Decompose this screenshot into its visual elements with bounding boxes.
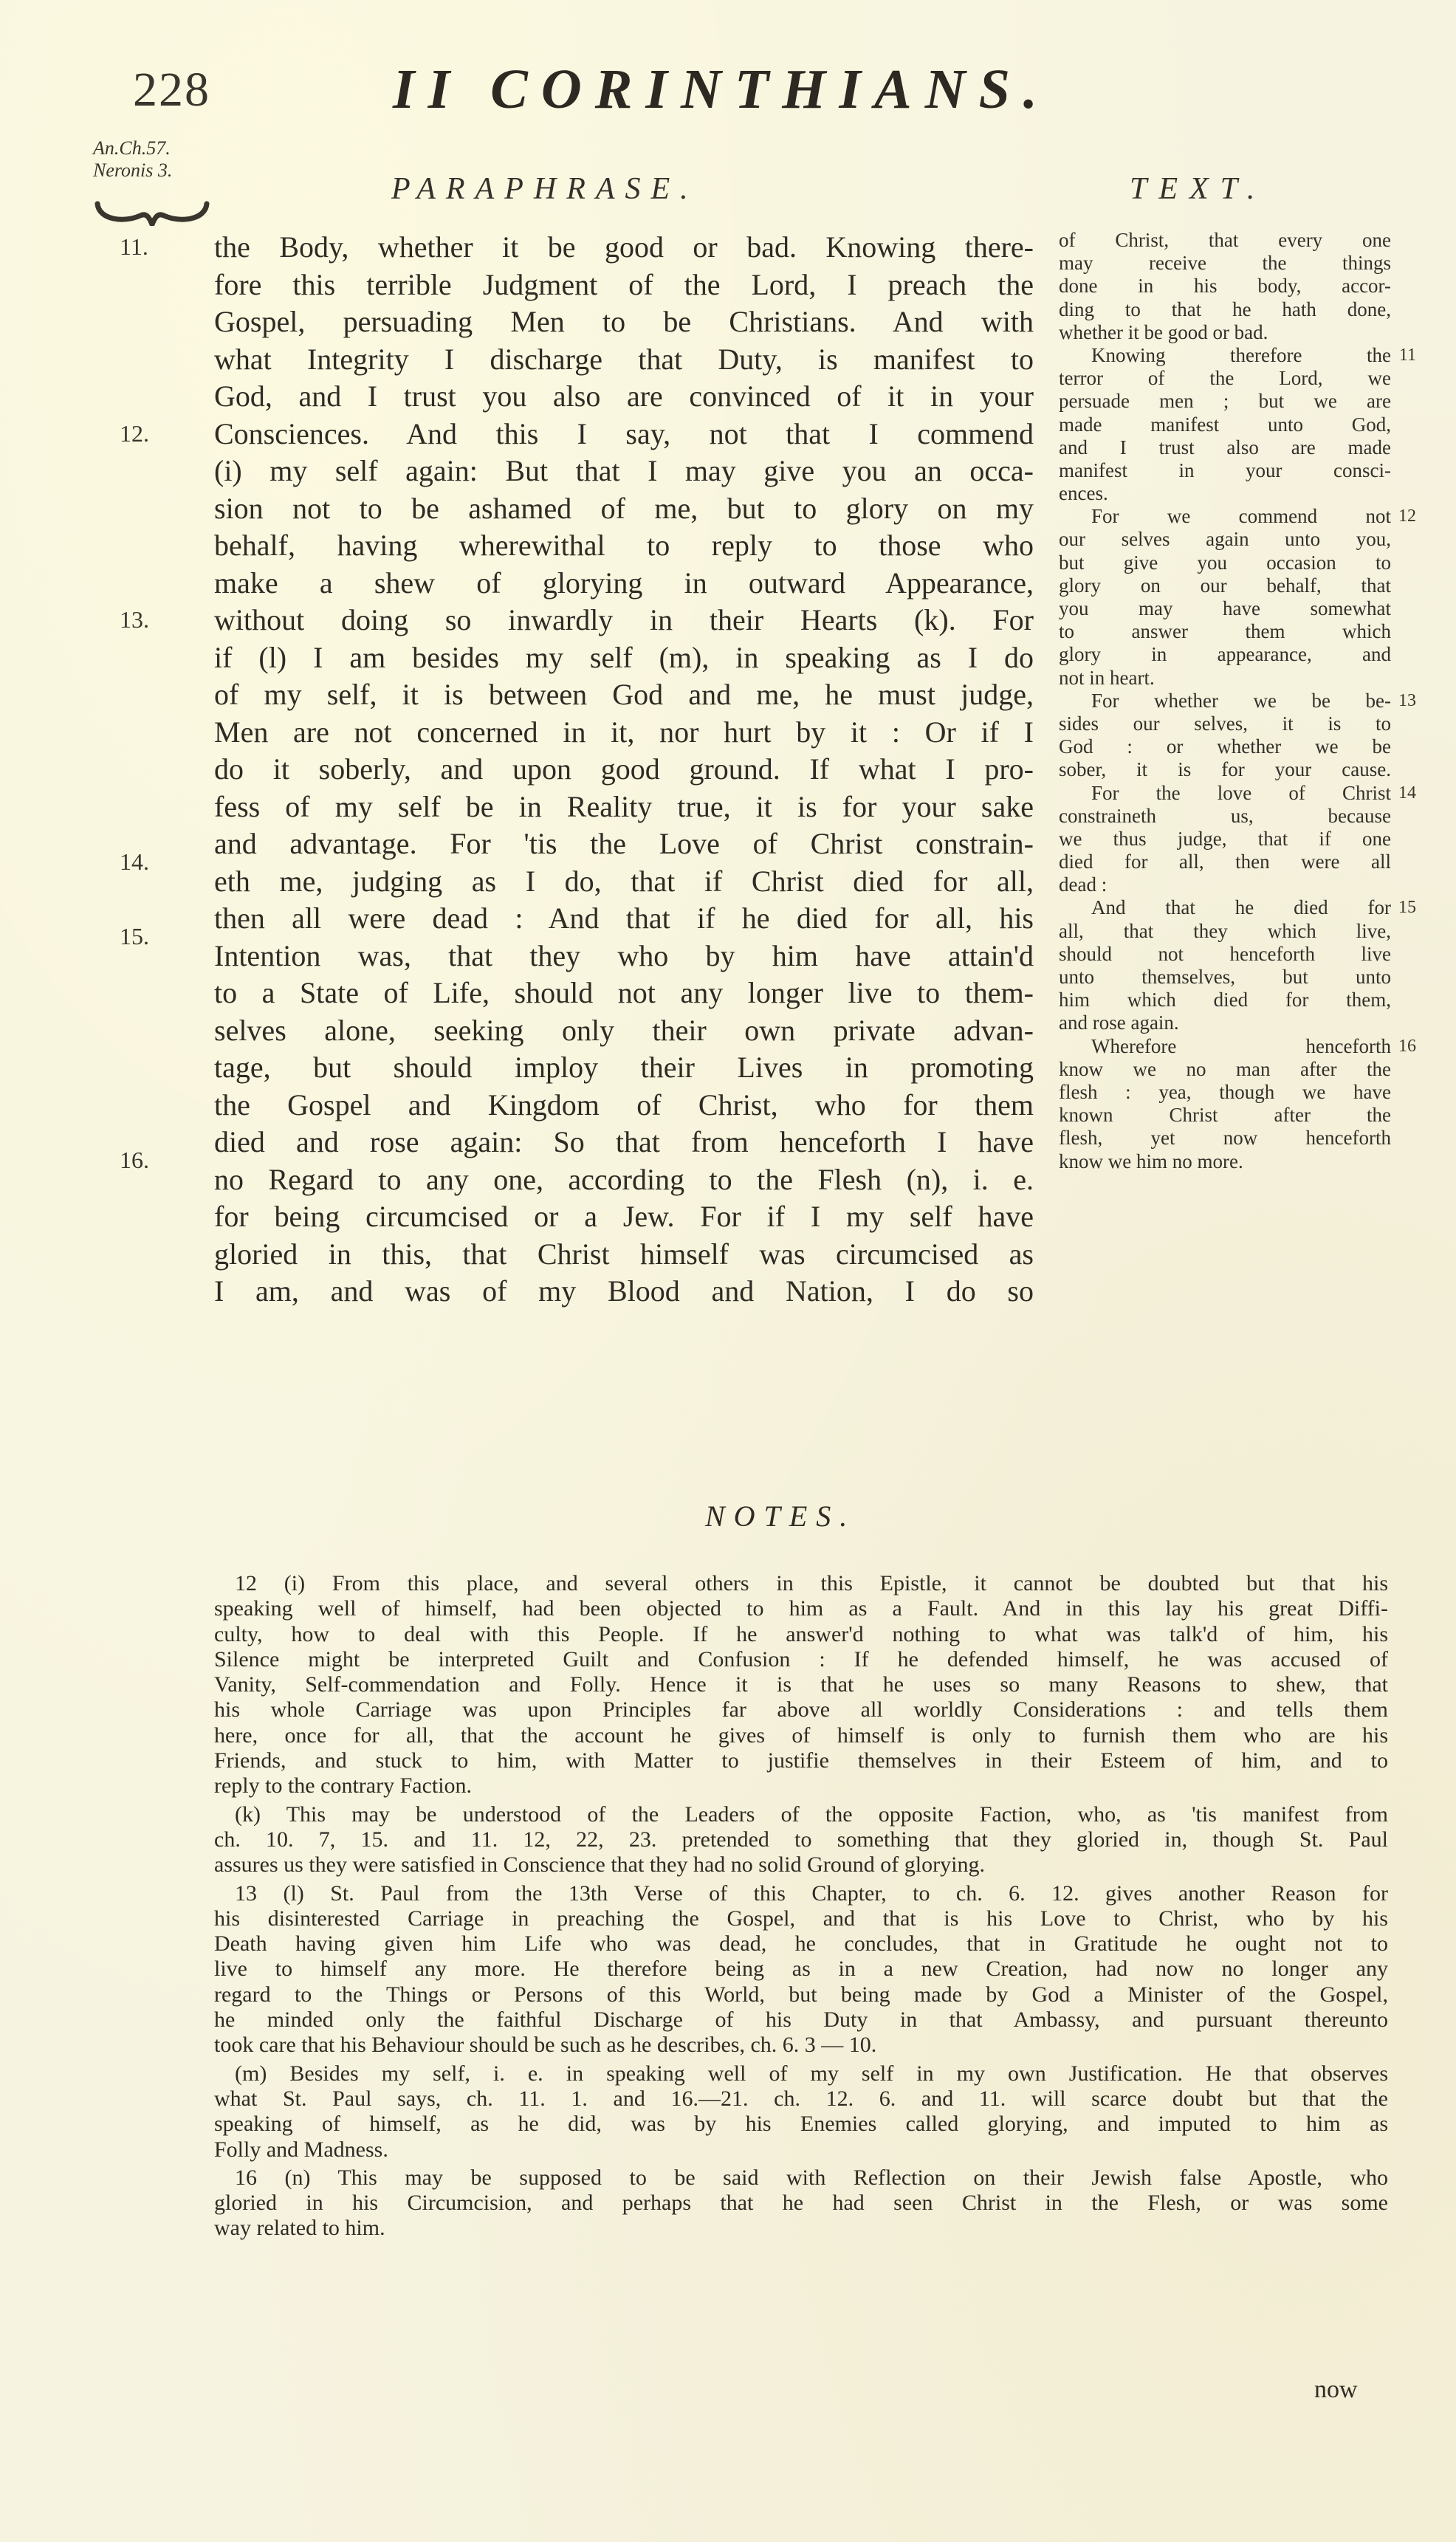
- paraphrase-line: then all were dead : And that if he died…: [214, 900, 1034, 938]
- scripture-line-text: And that he died for: [1091, 896, 1391, 919]
- scripture-verse-number: 12: [1398, 505, 1416, 528]
- paraphrase-line: make a shew of glorying in outward Appea…: [214, 565, 1034, 602]
- scripture-line-text: constraineth us, because: [1059, 805, 1391, 828]
- scripture-line-text: our selves again unto you,: [1059, 528, 1391, 551]
- paraphrase-line: for being circumcised or a Jew. For if I…: [214, 1198, 1034, 1236]
- scripture-line: Wherefore henceforth16: [1059, 1035, 1391, 1058]
- catchword: now: [1314, 2376, 1358, 2404]
- scripture-line: manifest in your consci-: [1059, 459, 1391, 482]
- note-line: 13 (l) St. Paul from the 13th Verse of t…: [214, 1881, 1388, 1906]
- scripture-line-text: but give you occasion to: [1059, 552, 1391, 574]
- paraphrase-line: the Gospel and Kingdom of Christ, who fo…: [214, 1087, 1034, 1124]
- note-line: Death having given him Life who was dead…: [214, 1931, 1388, 1957]
- scripture-line-text: glory on our behalf, that: [1059, 574, 1391, 597]
- scripture-line: may receive the things: [1059, 252, 1391, 275]
- scripture-line: whether it be good or bad.: [1059, 321, 1391, 344]
- paraphrase-line: I am, and was of my Blood and Nation, I …: [214, 1273, 1034, 1310]
- scripture-line: glory in appearance, and: [1059, 643, 1391, 666]
- paraphrase-column: the Body, whether it be good or bad. Kno…: [214, 229, 1034, 1310]
- scripture-line: terror of the Lord, we: [1059, 367, 1391, 390]
- note-line: (m) Besides my self, i. e. in speaking w…: [214, 2061, 1388, 2086]
- scripture-line: Knowing therefore the11: [1059, 344, 1391, 367]
- scripture-line-text: know we him no more.: [1059, 1150, 1391, 1173]
- scripture-line: we thus judge, that if one: [1059, 828, 1391, 851]
- note-line: Friends, and stuck to him, with Matter t…: [214, 1748, 1388, 1773]
- scripture-line-text: died for all, then were all: [1059, 851, 1391, 873]
- scripture-line: flesh : yea, though we have: [1059, 1081, 1391, 1104]
- scripture-line-text: know we no man after the: [1059, 1058, 1391, 1081]
- note-line: (k) This may be understood of the Leader…: [214, 1802, 1388, 1827]
- paraphrase-heading: PARAPHRASE.: [391, 171, 698, 207]
- scripture-line: made manifest unto God,: [1059, 413, 1391, 436]
- paraphrase-line: tage, but should imploy their Lives in p…: [214, 1049, 1034, 1087]
- scripture-line-text: Knowing therefore the: [1091, 344, 1391, 367]
- scripture-line-text: and I trust also are made: [1059, 436, 1391, 459]
- paraphrase-line: what Integrity I discharge that Duty, is…: [214, 341, 1034, 379]
- paraphrase-line: without doing so inwardly in their Heart…: [214, 602, 1034, 639]
- scripture-line: and rose again.: [1059, 1011, 1391, 1034]
- scripture-line-text: glory in appearance, and: [1059, 643, 1391, 666]
- scripture-line: you may have somewhat: [1059, 597, 1391, 620]
- scripture-line: our selves again unto you,: [1059, 528, 1391, 551]
- date-note-line-1: An.Ch.57.: [93, 137, 172, 159]
- scripture-verse-number: 15: [1398, 896, 1416, 919]
- scripture-line-text: For we commend not: [1091, 505, 1391, 528]
- note-line: he minded only the faithful Discharge of…: [214, 2007, 1388, 2033]
- scripture-line: For the love of Christ14: [1059, 782, 1391, 805]
- scripture-line-text: we thus judge, that if one: [1059, 828, 1391, 851]
- note-line: Vanity, Self-commendation and Folly. Hen…: [214, 1672, 1388, 1697]
- verse-number: 11.: [120, 233, 148, 261]
- scripture-line: dead :: [1059, 873, 1391, 896]
- scripture-line: ences.: [1059, 482, 1391, 505]
- scripture-line: known Christ after the: [1059, 1104, 1391, 1127]
- scripture-line: all, that they which live,: [1059, 920, 1391, 943]
- verse-number: 14.: [120, 848, 149, 876]
- paraphrase-line: died and rose again: So that from hencef…: [214, 1124, 1034, 1161]
- page-number: 228: [133, 62, 210, 118]
- scripture-line: For we commend not12: [1059, 505, 1391, 528]
- note-line: speaking well of himself, had been objec…: [214, 1596, 1388, 1621]
- scripture-line: and I trust also are made: [1059, 436, 1391, 459]
- scripture-line-text: and rose again.: [1059, 1011, 1391, 1034]
- note-line: culty, how to deal with this People. If …: [214, 1622, 1388, 1647]
- scripture-line-text: should not henceforth live: [1059, 943, 1391, 966]
- scripture-line-text: not in heart.: [1059, 667, 1391, 690]
- paraphrase-line: sion not to be ashamed of me, but to glo…: [214, 490, 1034, 528]
- scripture-line: persuade men ; but we are: [1059, 390, 1391, 413]
- note-line: live to himself any more. He therefore b…: [214, 1957, 1388, 1982]
- paraphrase-line: fess of my self be in Reality true, it i…: [214, 789, 1034, 826]
- scripture-line-text: dead :: [1059, 873, 1391, 896]
- note-line: assures us they were satisfied in Consci…: [214, 1852, 1388, 1878]
- book-page: 228 II CORINTHIANS. An.Ch.57. Neronis 3.…: [0, 0, 1456, 2542]
- paraphrase-line: fore this terrible Judgment of the Lord,…: [214, 267, 1034, 304]
- note-line: gloried in his Circumcision, and perhaps…: [214, 2191, 1388, 2216]
- note-line: his whole Carriage was upon Principles f…: [214, 1697, 1388, 1722]
- scripture-line: flesh, yet now henceforth: [1059, 1127, 1391, 1150]
- paraphrase-line: Intention was, that they who by him have…: [214, 938, 1034, 975]
- scripture-line: not in heart.: [1059, 667, 1391, 690]
- scripture-verse-number: 11: [1399, 344, 1416, 367]
- scripture-line: to answer them which: [1059, 620, 1391, 643]
- scripture-line: done in his body, accor-: [1059, 275, 1391, 298]
- scripture-line-text: all, that they which live,: [1059, 920, 1391, 943]
- scripture-line-text: unto themselves, but unto: [1059, 966, 1391, 989]
- scripture-line: died for all, then were all: [1059, 851, 1391, 873]
- note-line: speaking of himself, as he did, was by h…: [214, 2112, 1388, 2137]
- paraphrase-line: to a State of Life, should not any longe…: [214, 975, 1034, 1012]
- verse-number: 12.: [120, 420, 149, 447]
- scripture-line-text: Wherefore henceforth: [1091, 1035, 1391, 1058]
- scripture-line-text: may receive the things: [1059, 252, 1391, 275]
- scripture-line-text: to answer them which: [1059, 620, 1391, 643]
- scripture-line-text: flesh : yea, though we have: [1059, 1081, 1391, 1104]
- scripture-line-text: ding to that he hath done,: [1059, 298, 1391, 321]
- scripture-line: know we no man after the: [1059, 1058, 1391, 1081]
- scripture-line-text: you may have somewhat: [1059, 597, 1391, 620]
- curly-brace-icon: [95, 201, 210, 226]
- paraphrase-line: if (l) I am besides my self (m), in spea…: [214, 639, 1034, 677]
- paraphrase-line: Men are not concerned in it, nor hurt by…: [214, 714, 1034, 752]
- scripture-line-text: whether it be good or bad.: [1059, 321, 1391, 344]
- scripture-line-text: ences.: [1059, 482, 1391, 505]
- text-heading: TEXT.: [1130, 171, 1266, 207]
- scripture-line-text: of Christ, that every one: [1059, 229, 1391, 252]
- note-line: his disinterested Carriage in preaching …: [214, 1906, 1388, 1931]
- note-line: took care that his Behaviour should be s…: [214, 2033, 1388, 2058]
- scripture-line-text: made manifest unto God,: [1059, 413, 1391, 436]
- paraphrase-line: and advantage. For 'tis the Love of Chri…: [214, 825, 1034, 863]
- notes-section: 12 (i) From this place, and several othe…: [214, 1571, 1388, 2242]
- notes-title: NOTES.: [705, 1499, 856, 1533]
- scripture-line: For whether we be be-13: [1059, 690, 1391, 712]
- scripture-line: constraineth us, because: [1059, 805, 1391, 828]
- running-title: II CORINTHIANS.: [393, 58, 1051, 122]
- date-note-line-2: Neronis 3.: [93, 159, 172, 182]
- paraphrase-line: no Regard to any one, according to the F…: [214, 1161, 1034, 1199]
- note-line: reply to the contrary Faction.: [214, 1773, 1388, 1799]
- scripture-line-text: terror of the Lord, we: [1059, 367, 1391, 390]
- paraphrase-line: Gospel, persuading Men to be Christians.…: [214, 303, 1034, 341]
- scripture-line-text: flesh, yet now henceforth: [1059, 1127, 1391, 1150]
- scripture-line: know we him no more.: [1059, 1150, 1391, 1173]
- verse-number: 13.: [120, 606, 149, 633]
- verse-number: 15.: [120, 923, 149, 950]
- scripture-line: sober, it is for your cause.: [1059, 758, 1391, 781]
- paraphrase-line: Consciences. And this I say, not that I …: [214, 416, 1034, 453]
- scripture-line: And that he died for15: [1059, 896, 1391, 919]
- scripture-verse-number: 16: [1398, 1035, 1416, 1058]
- scripture-line-text: God : or whether we be: [1059, 735, 1391, 758]
- paraphrase-line: behalf, having wherewithal to reply to t…: [214, 527, 1034, 565]
- scripture-line: of Christ, that every one: [1059, 229, 1391, 252]
- scripture-line: God : or whether we be: [1059, 735, 1391, 758]
- paraphrase-line: (i) my self again: But that I may give y…: [214, 453, 1034, 490]
- scripture-line: unto themselves, but unto: [1059, 966, 1391, 989]
- scripture-verse-number: 13: [1398, 690, 1416, 712]
- scripture-line: ding to that he hath done,: [1059, 298, 1391, 321]
- scripture-line-text: him which died for them,: [1059, 989, 1391, 1011]
- scripture-line-text: For whether we be be-: [1091, 690, 1391, 712]
- scripture-line: him which died for them,: [1059, 989, 1391, 1011]
- scripture-line: sides our selves, it is to: [1059, 712, 1391, 735]
- scripture-line-text: manifest in your consci-: [1059, 459, 1391, 482]
- note-line: regard to the Things or Persons of this …: [214, 1982, 1388, 2007]
- scripture-line: glory on our behalf, that: [1059, 574, 1391, 597]
- scripture-line: but give you occasion to: [1059, 552, 1391, 574]
- scripture-line-text: For the love of Christ: [1091, 782, 1391, 805]
- note-line: here, once for all, that the account he …: [214, 1723, 1388, 1748]
- paraphrase-line: the Body, whether it be good or bad. Kno…: [214, 229, 1034, 267]
- note-line: 16 (n) This may be supposed to be said w…: [214, 2165, 1388, 2191]
- scripture-verse-number: 14: [1398, 782, 1416, 805]
- paraphrase-line: gloried in this, that Christ himself was…: [214, 1236, 1034, 1274]
- note-line: way related to him.: [214, 2216, 1388, 2241]
- margin-date-note: An.Ch.57. Neronis 3.: [93, 137, 172, 182]
- scripture-line-text: known Christ after the: [1059, 1104, 1391, 1127]
- note-line: ch. 10. 7, 15. and 11. 12, 22, 23. prete…: [214, 1827, 1388, 1852]
- scripture-line: should not henceforth live: [1059, 943, 1391, 966]
- paraphrase-line: do it soberly, and upon good ground. If …: [214, 751, 1034, 789]
- note-line: Silence might be interpreted Guilt and C…: [214, 1647, 1388, 1672]
- note-line: 12 (i) From this place, and several othe…: [214, 1571, 1388, 1596]
- paraphrase-line: selves alone, seeking only their own pri…: [214, 1012, 1034, 1050]
- verse-number: 16.: [120, 1147, 149, 1174]
- scripture-line-text: sides our selves, it is to: [1059, 712, 1391, 735]
- paraphrase-line: of my self, it is between God and me, he…: [214, 676, 1034, 714]
- scripture-line-text: persuade men ; but we are: [1059, 390, 1391, 413]
- scripture-line-text: sober, it is for your cause.: [1059, 758, 1391, 781]
- paraphrase-line: God, and I trust you also are convinced …: [214, 378, 1034, 416]
- note-line: what St. Paul says, ch. 11. 1. and 16.—2…: [214, 2086, 1388, 2112]
- note-line: Folly and Madness.: [214, 2137, 1388, 2163]
- paraphrase-line: eth me, judging as I do, that if Christ …: [214, 863, 1034, 901]
- scripture-text-column: of Christ, that every onemay receive the…: [1059, 229, 1391, 1173]
- scripture-line-text: done in his body, accor-: [1059, 275, 1391, 298]
